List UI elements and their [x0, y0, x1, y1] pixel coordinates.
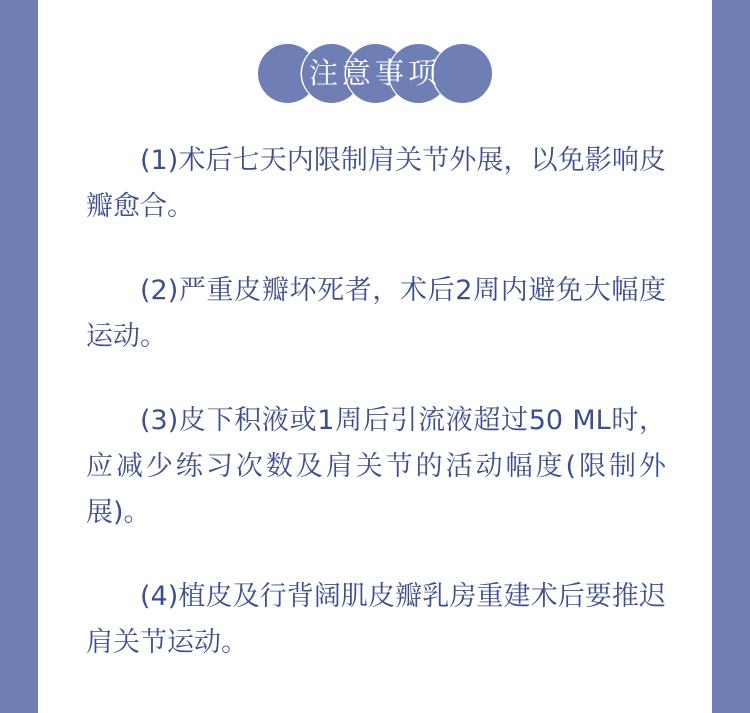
right-border-bar — [712, 0, 750, 713]
note-item-4: (4)植皮及行背阔肌皮瓣乳房重建术后要推迟肩关节运动。 — [86, 574, 666, 666]
note-item-1: (1)术后七天内限制肩关节外展，以免影响皮瓣愈合。 — [86, 138, 666, 230]
notes-list: (1)术后七天内限制肩关节外展，以免影响皮瓣愈合。 (2)严重皮瓣坏死者，术后2… — [86, 138, 666, 704]
note-item-2: (2)严重皮瓣坏死者，术后2周内避免大幅度运动。 — [86, 268, 666, 360]
section-title: 注意事项 — [258, 44, 492, 103]
left-border-bar — [0, 0, 38, 713]
note-item-3: (3)皮下积液或1周后引流液超过50 ML时，应减少练习次数及肩关节的活动幅度(… — [86, 398, 666, 536]
title-badge: 注意事项 — [258, 44, 492, 103]
